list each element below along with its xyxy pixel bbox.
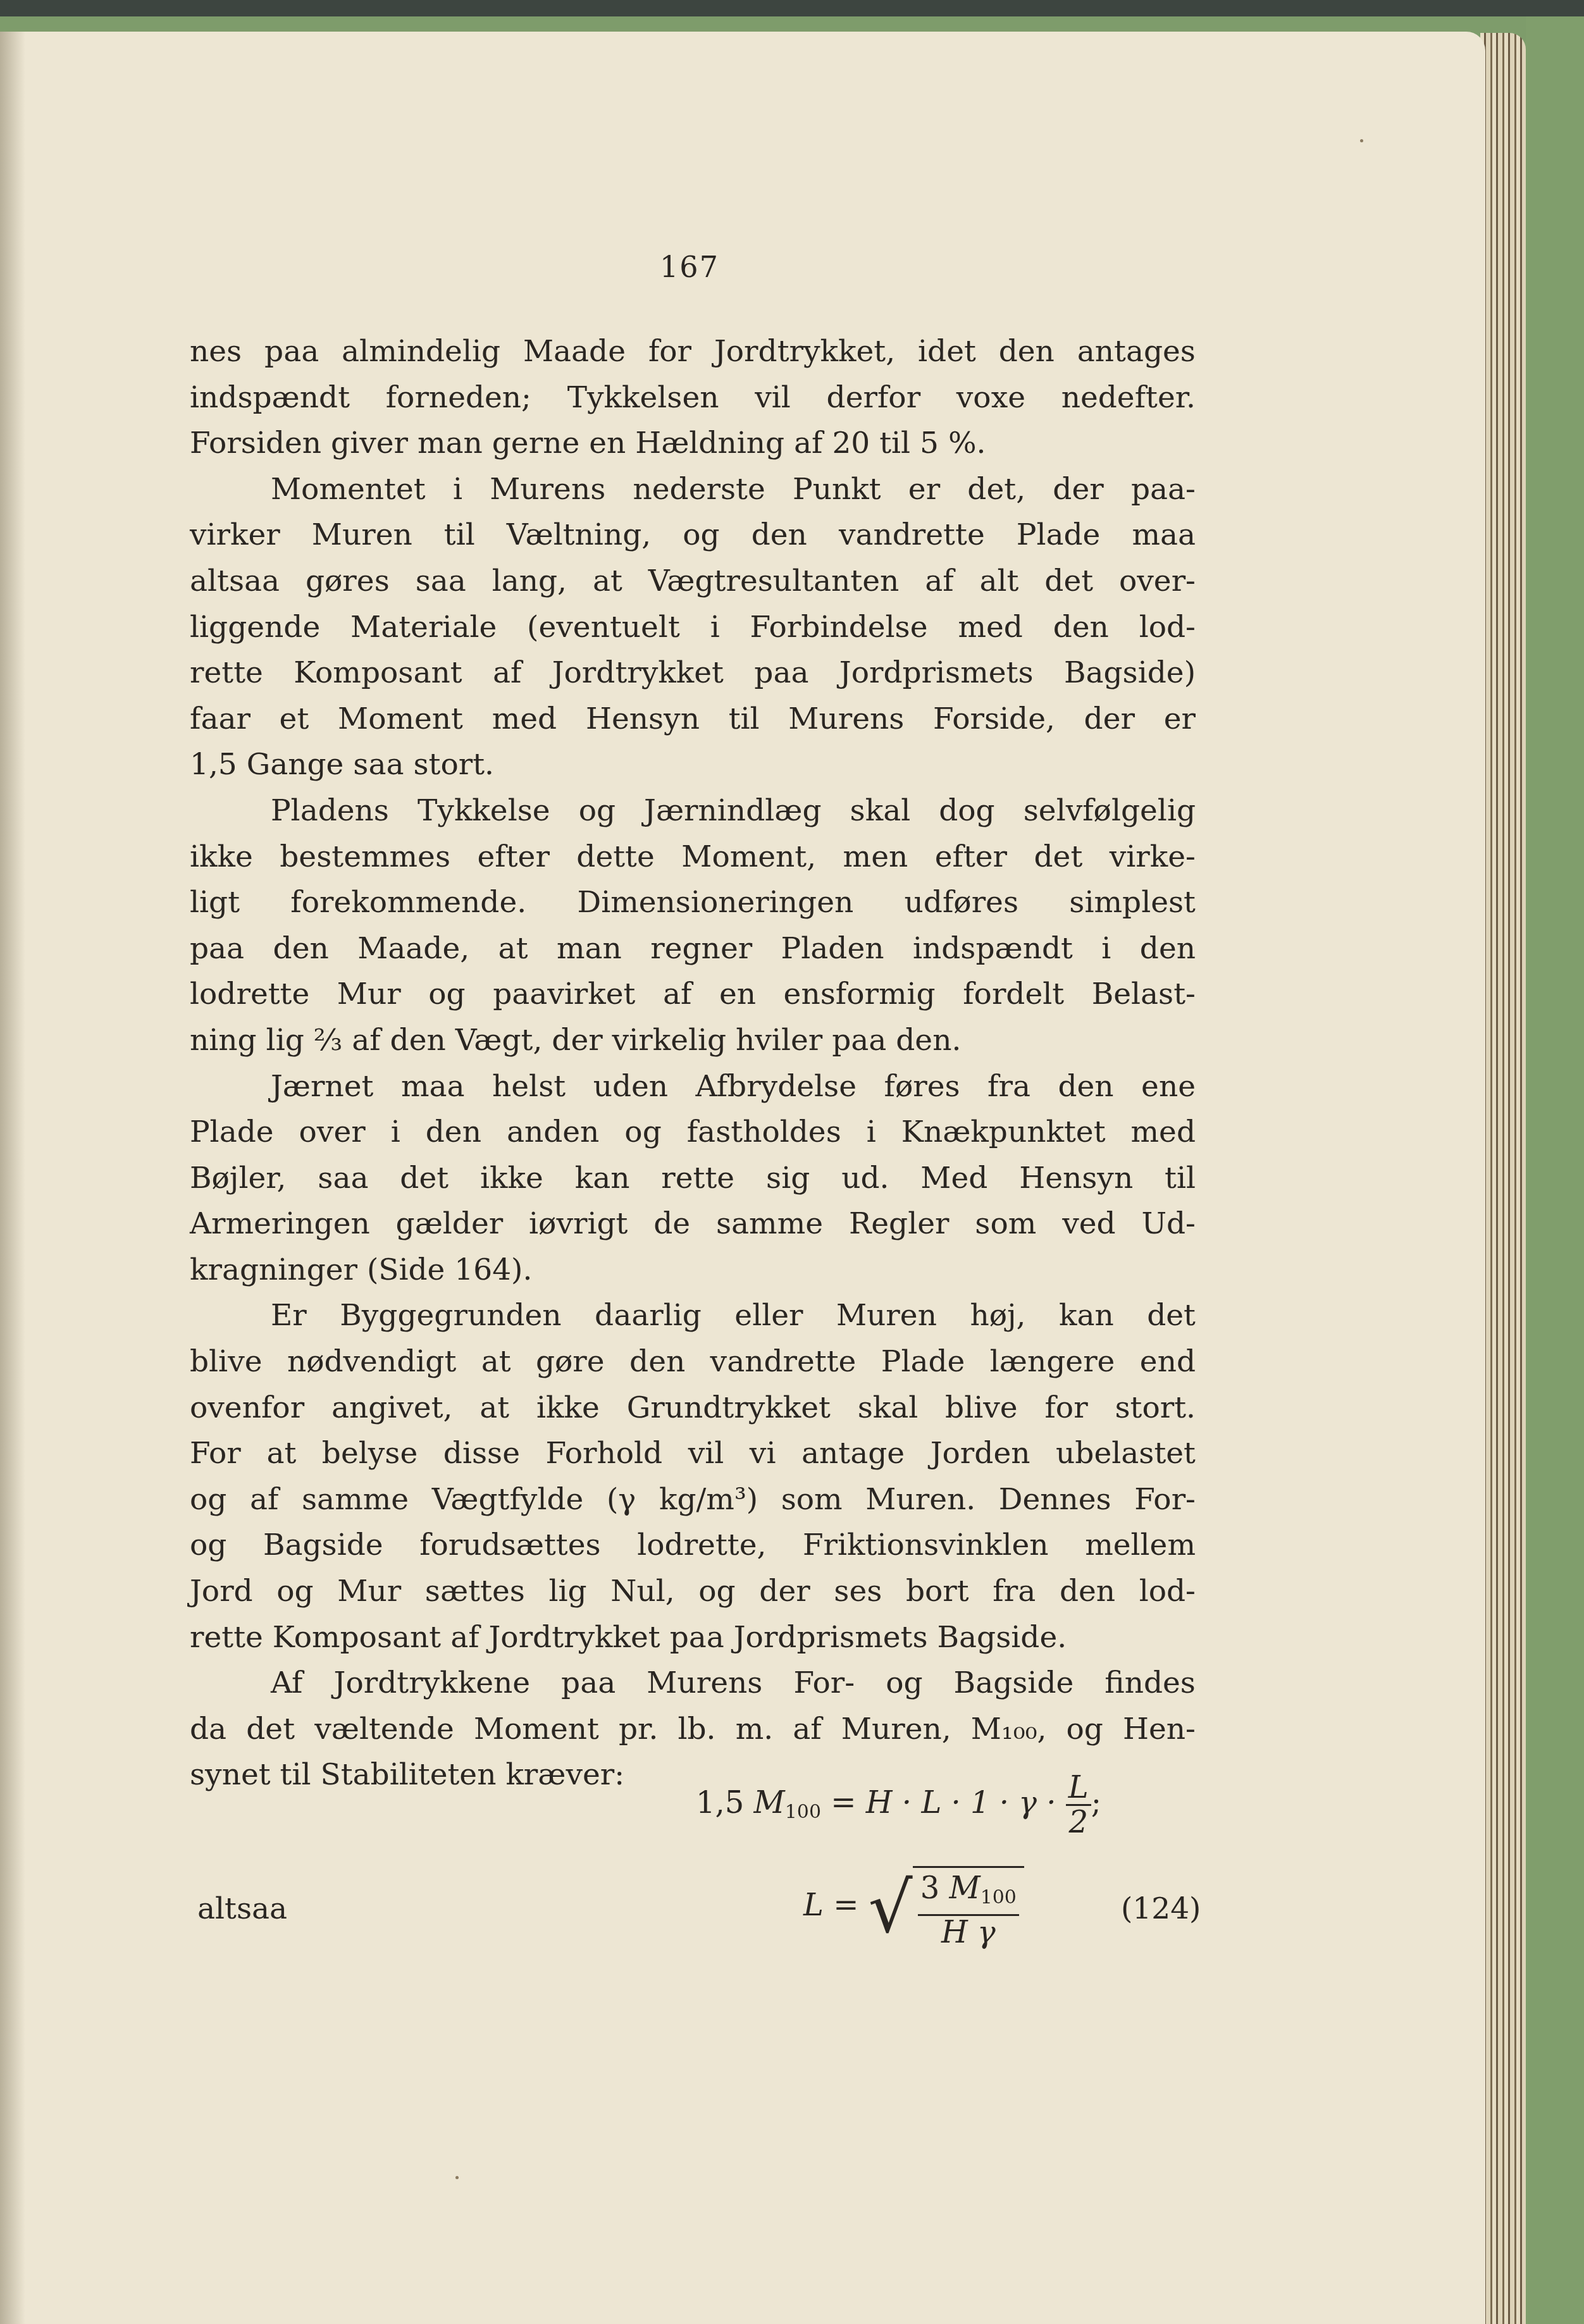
book-cover-edge <box>1526 16 1584 2324</box>
eq2-num-var: M <box>950 1870 981 1906</box>
eq1-tail: ; <box>1091 1785 1101 1820</box>
text-line: rette Komposant af Jordtrykket paa Jordp… <box>190 1615 1196 1661</box>
text-line: Bøjler, saa det ikke kan rette sig ud. M… <box>190 1156 1196 1202</box>
text-line: For at belyse disse Forhold vil vi antag… <box>190 1431 1196 1477</box>
eq1-var: M <box>754 1785 785 1820</box>
text-line: Er Byggegrunden daarlig eller Muren høj,… <box>190 1293 1196 1339</box>
text-line: kragninger (Side 164). <box>190 1247 1196 1294</box>
text-line: 1,5 Gange saa stort. <box>190 742 1196 788</box>
text-line: blive nødvendigt at gøre den vandrette P… <box>190 1339 1196 1385</box>
text-line: virker Muren til Væltning, og den vandre… <box>190 512 1196 559</box>
text-line: Plade over i den anden og fastholdes i K… <box>190 1109 1196 1156</box>
text-line: da det væltende Moment pr. lb. m. af Mur… <box>190 1707 1196 1753</box>
eq1-coef: 1,5 <box>696 1785 754 1820</box>
text-line: Af Jordtrykkene paa Murens For- og Bagsi… <box>190 1660 1196 1707</box>
eq1-frac-num: L <box>1066 1771 1091 1806</box>
text-line: indspændt forneden; Tykkelsen vil derfor… <box>190 375 1196 421</box>
text-line: Jord og Mur sættes lig Nul, og der ses b… <box>190 1569 1196 1615</box>
text-line: Forsiden giver man gerne en Hældning af … <box>190 421 1196 467</box>
eq2-numerator: 3 M100 <box>918 1872 1019 1916</box>
page-gutter-shadow <box>0 32 25 2324</box>
eq1-rhs: = H · L · 1 · γ · <box>821 1785 1066 1820</box>
paper-speck <box>455 2176 459 2179</box>
text-line: ligt forekommende. Dimensioneringen udfø… <box>190 880 1196 926</box>
page-number: 167 <box>658 250 721 284</box>
radical-sign-icon: √ <box>869 1867 913 1948</box>
eq2-denominator: H γ <box>918 1916 1019 1949</box>
equation-label-altsaa: altsaa <box>197 1891 287 1926</box>
text-line: ikke bestemmes efter dette Moment, men e… <box>190 834 1196 881</box>
text-line: Momentet i Murens nederste Punkt er det,… <box>190 467 1196 513</box>
body-text: nes paa almindelig Maade for Jordtrykket… <box>190 329 1196 1798</box>
text-line: nes paa almindelig Maade for Jordtrykket… <box>190 329 1196 375</box>
text-line: Pladens Tykkelse og Jærnindlæg skal dog … <box>190 788 1196 834</box>
equation-number: (124) <box>1121 1891 1201 1926</box>
text-line: liggende Materiale (eventuelt i Forbinde… <box>190 605 1196 651</box>
text-line: og af samme Vægtfylde (γ kg/m³) som Mure… <box>190 1477 1196 1523</box>
page-stack-edges <box>1480 33 1526 2324</box>
eq1-frac-den: 2 <box>1066 1806 1091 1839</box>
eq2-lhs: L = <box>803 1888 869 1923</box>
square-root: √3 M100H γ <box>869 1866 1024 1949</box>
equation-moment: 1,5 M100 = H · L · 1 · γ · L2; <box>696 1771 1101 1839</box>
text-line: altsaa gøres saa lang, at Vægtresultante… <box>190 559 1196 605</box>
text-line: Jærnet maa helst uden Afbrydelse føres f… <box>190 1064 1196 1110</box>
eq2-radicand: 3 M100H γ <box>913 1866 1024 1949</box>
eq2-num-coef: 3 <box>920 1870 950 1906</box>
eq1-sub: 100 <box>785 1801 821 1823</box>
scanner-top-band <box>0 0 1584 16</box>
text-line: paa den Maade, at man regner Pladen inds… <box>190 926 1196 972</box>
paper-speck <box>1360 139 1363 142</box>
eq1-fraction: L2 <box>1066 1771 1091 1839</box>
text-line: faar et Moment med Hensyn til Murens For… <box>190 696 1196 743</box>
text-line: rette Komposant af Jordtrykket paa Jordp… <box>190 650 1196 696</box>
text-line: og Bagside forudsættes lodrette, Friktio… <box>190 1523 1196 1569</box>
text-line: ning lig ⅔ af den Vægt, der virkelig hvi… <box>190 1018 1196 1064</box>
eq2-num-sub: 100 <box>981 1886 1017 1908</box>
text-line: lodrette Mur og paavirket af en ensformi… <box>190 972 1196 1018</box>
equation-124: L = √3 M100H γ <box>803 1866 1024 1949</box>
text-line: Armeringen gælder iøvrigt de samme Regle… <box>190 1201 1196 1247</box>
text-line: ovenfor angivet, at ikke Grundtrykket sk… <box>190 1385 1196 1431</box>
